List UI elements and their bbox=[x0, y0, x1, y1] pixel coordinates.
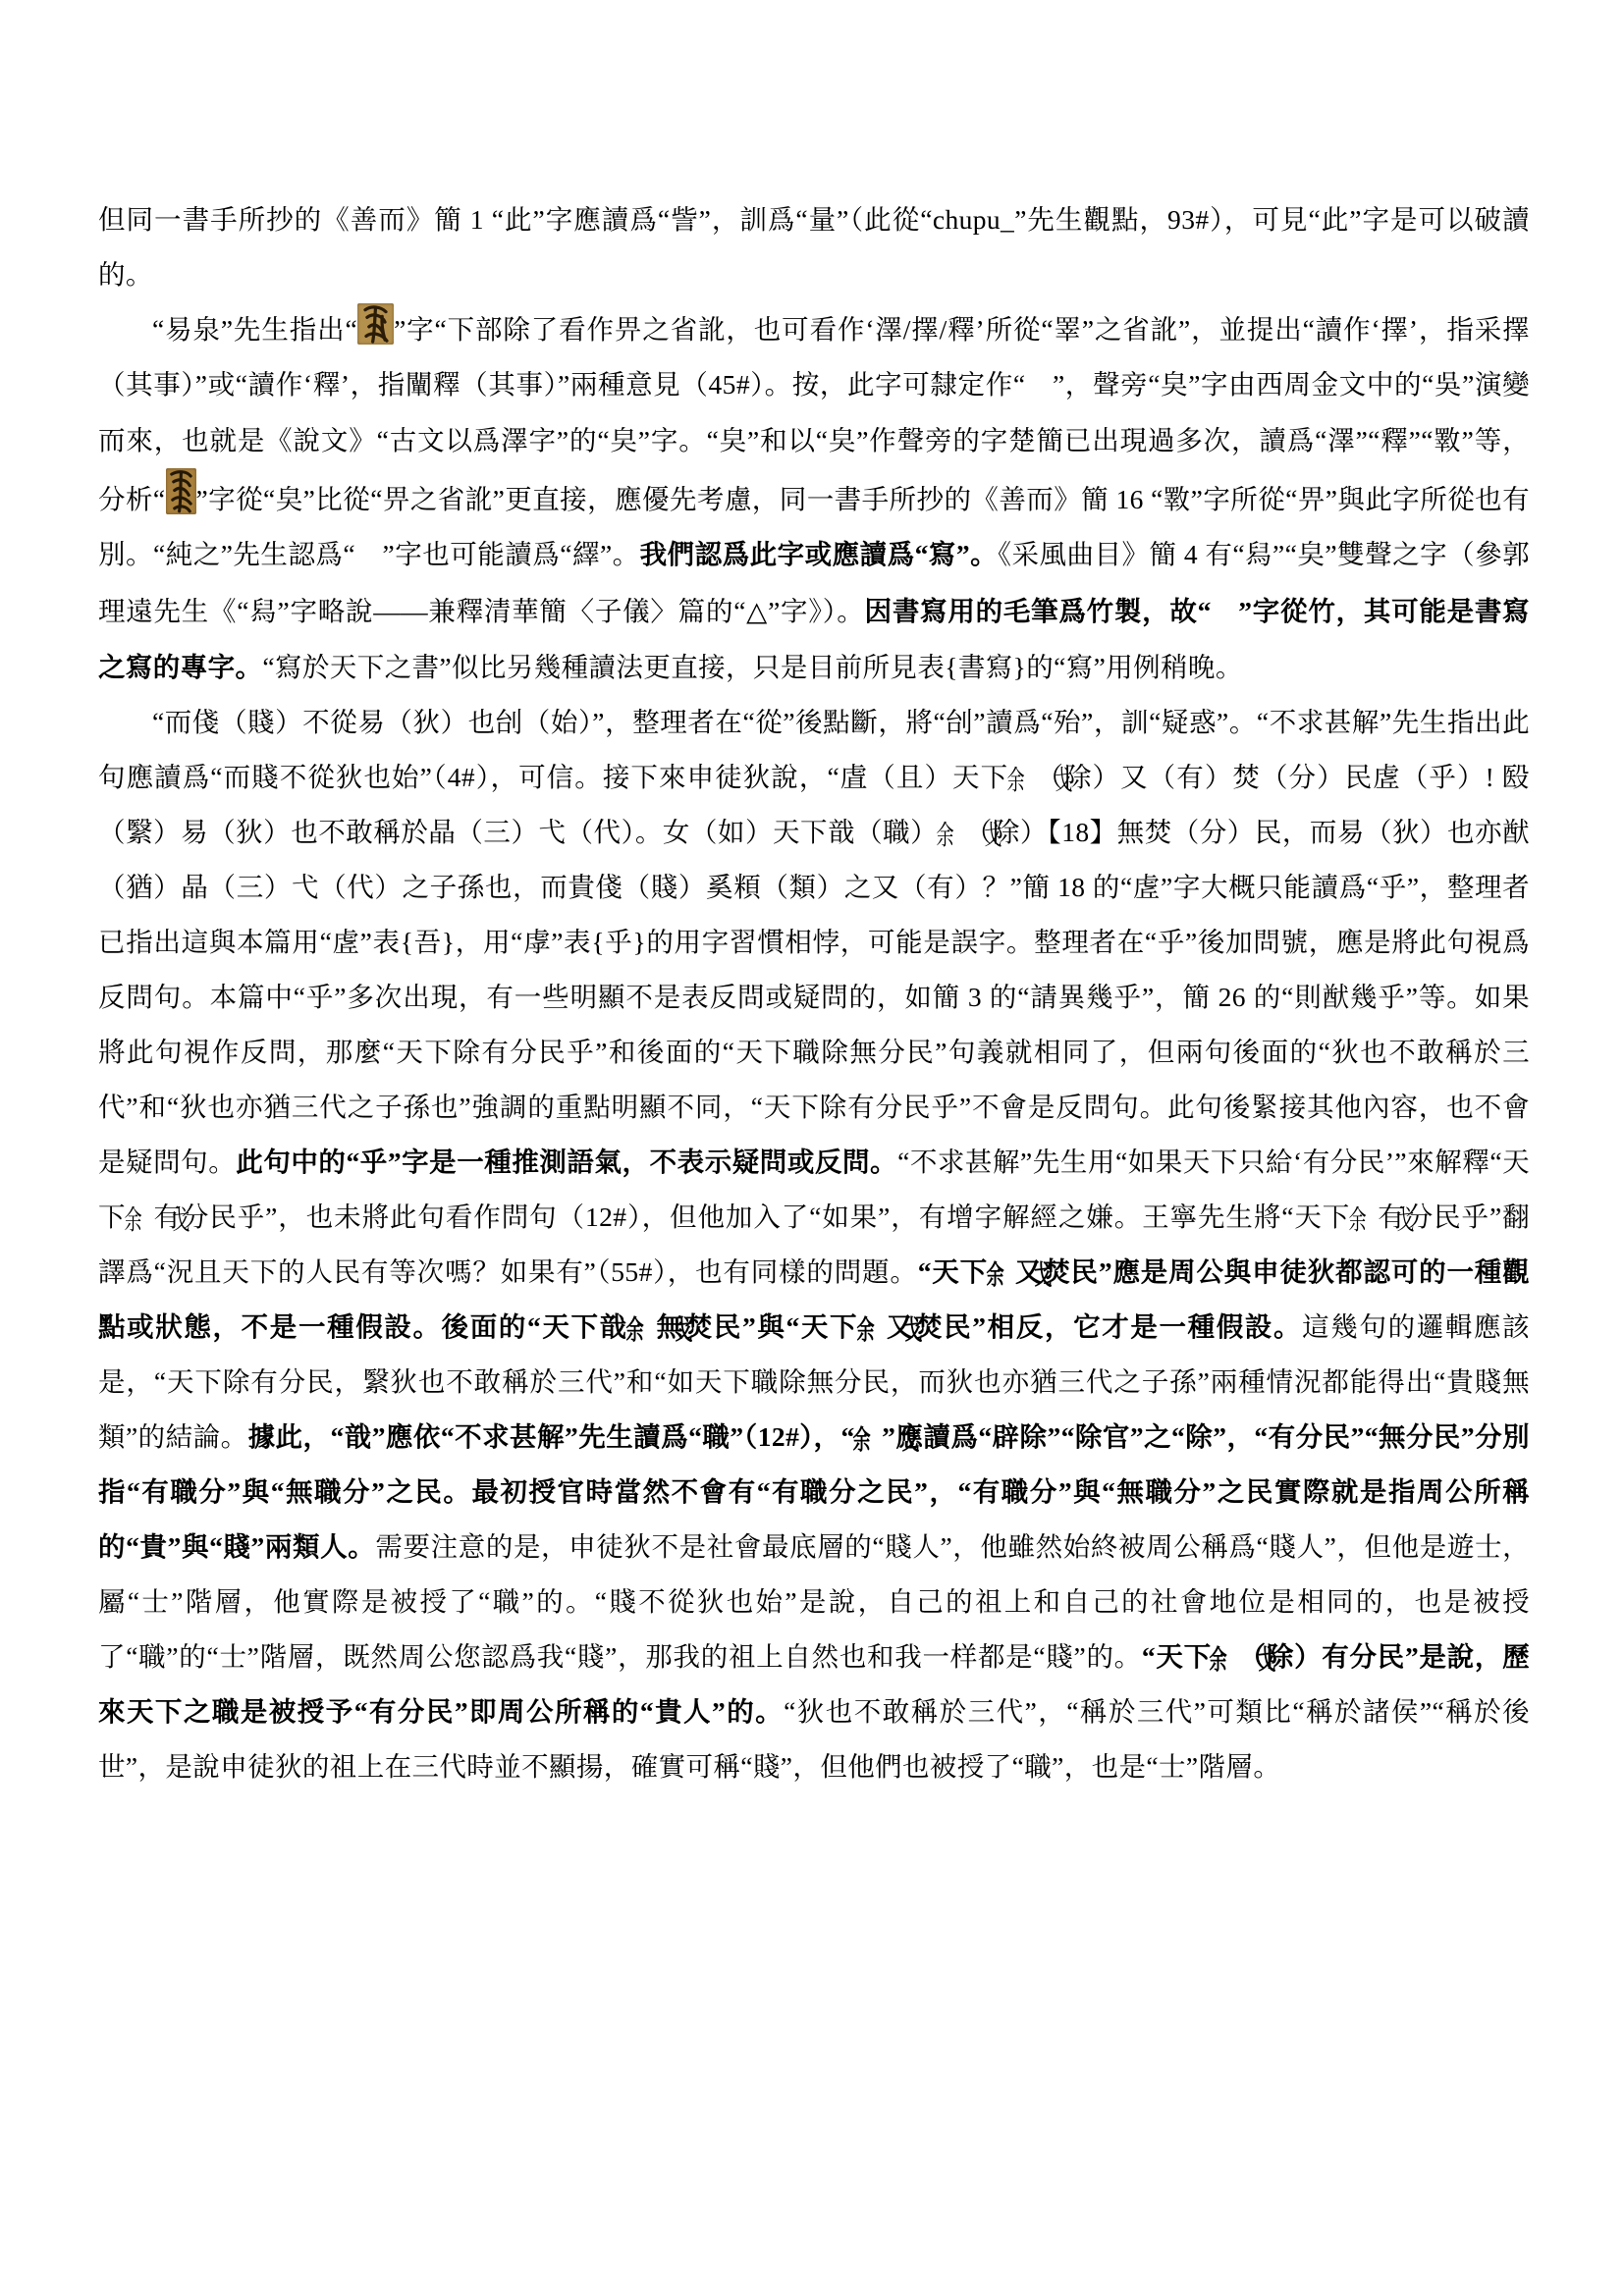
compose-part: 戈 bbox=[1222, 1646, 1276, 1674]
bold-text-run: 因書寫用的毛筆爲竹製，故“ bbox=[865, 596, 1212, 626]
compose-part: 戈 bbox=[1361, 1206, 1415, 1234]
composed-char-yu-ge: 余戈 bbox=[1350, 1206, 1378, 1234]
composed-char-yu-ge: 余戈 bbox=[988, 1261, 1015, 1289]
composed-char-yu-ge: 余戈 bbox=[1008, 767, 1036, 794]
compose-part: 余 bbox=[821, 1316, 875, 1344]
bold-text-run: 此句中的“乎”字是一種推測語氣，不表示疑問或反問。 bbox=[236, 1147, 897, 1177]
composed-char-yu-ge: 余戈 bbox=[858, 1316, 886, 1344]
stack-part: 㚖 bbox=[355, 567, 383, 579]
stack-part: 㚖 bbox=[1025, 397, 1053, 408]
paragraph: “而俴（賤）不從易（狄）也刣（始）”，整理者在“從”後點斷，將“刣”讀爲“殆”，… bbox=[98, 695, 1530, 1794]
paragraph: 但同一書手所抄的《善而》簡 1 “此”字應讀爲“訾”，訓爲“量”（此從“chup… bbox=[98, 192, 1530, 302]
compose-part: 戈 bbox=[1019, 767, 1073, 794]
text-run: （除）【18】無焚（分）民，而易（狄）也亦猷（猶）晶（三）弋（代）之子孫也，而貴… bbox=[98, 817, 1530, 1177]
compose-part: 余 bbox=[950, 1261, 1004, 1289]
compose-part: 余 bbox=[1313, 1206, 1367, 1234]
composed-char-yu-ge: 余戈 bbox=[1212, 1646, 1239, 1674]
paragraph: “易泉”先生指出“”字“下部除了看作畀之省訛，也可看作‘澤/擇/釋’所從“睪”之… bbox=[98, 302, 1530, 695]
text-run: 有分民乎”，也未將此句看作問句（12#），但他加入了“如果”，有增字解經之嫌。王… bbox=[153, 1201, 1350, 1232]
text-run: “寫於天下之書”似比另幾種讀法更直接，只是目前所見表{書寫}的“寫”用例稍晚。 bbox=[262, 652, 1242, 682]
document-viewer: { "page": {"width": 1654, "height": 2339… bbox=[0, 0, 1624, 2296]
compose-part: 戈 bbox=[999, 1261, 1053, 1289]
compose-part: 戈 bbox=[136, 1206, 190, 1234]
text-run: “易泉”先生指出“ bbox=[152, 314, 357, 345]
text-run: 但同一書手所抄的《善而》簡 1 “此”字應讀爲“訾”，訓爲“量”（此從“chup… bbox=[98, 204, 1530, 290]
compose-part: 戈 bbox=[869, 1316, 923, 1344]
compose-part: 余 bbox=[88, 1206, 142, 1234]
compose-part: 戈 bbox=[866, 1426, 920, 1454]
composed-char-yu-ge: 余戈 bbox=[628, 1316, 656, 1344]
ancient-glyph-image bbox=[166, 468, 196, 514]
composed-char-bamboo-gao: ⺮㚖 bbox=[355, 556, 383, 584]
composed-char-bamboo-gao: ⺮㚖 bbox=[1025, 386, 1053, 414]
composed-char-bamboo-gao: ⺮㚖 bbox=[1212, 612, 1239, 640]
compose-part: 余 bbox=[971, 767, 1025, 794]
compose-part: 余 bbox=[591, 1316, 645, 1344]
compose-part: 余 bbox=[900, 822, 954, 849]
text-run: ”字也可能讀爲“繹”。 bbox=[383, 539, 640, 569]
ancient-glyph-image bbox=[357, 303, 394, 345]
compose-part: 余 bbox=[1174, 1646, 1228, 1674]
document-content: 但同一書手所抄的《善而》簡 1 “此”字應讀爲“訾”，訓爲“量”（此從“chup… bbox=[98, 192, 1530, 1794]
compose-part: 戈 bbox=[639, 1316, 693, 1344]
stack-part: 㚖 bbox=[1212, 623, 1239, 635]
bold-text-run: 據此，“戠”應依“不求甚解”先生讀爲“職”（12#），“ bbox=[248, 1421, 855, 1452]
composed-char-yu-ge: 余戈 bbox=[938, 822, 965, 849]
composed-char-yu-ge: 余戈 bbox=[126, 1206, 153, 1234]
compose-part: 余 bbox=[817, 1426, 871, 1454]
bold-text-run: 又焚民”相反，它才是一種假設。 bbox=[886, 1311, 1303, 1342]
composed-char-yu-ge: 余戈 bbox=[855, 1426, 883, 1454]
document-page: 但同一書手所抄的《善而》簡 1 “此”字應讀爲“訾”，訓爲“量”（此從“chup… bbox=[0, 0, 1624, 2296]
bold-text-run: 我們認爲此字或應讀爲“寫”。 bbox=[640, 539, 999, 569]
compose-part: 戈 bbox=[948, 822, 1002, 849]
